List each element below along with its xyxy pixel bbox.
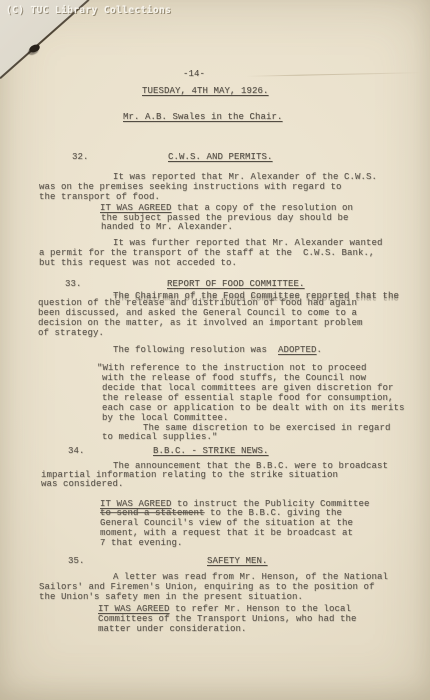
section-heading-text: SAFETY MEN.: [207, 556, 268, 566]
page-number: -14-: [183, 69, 205, 79]
text-line: IT WAS AGREED that a copy of the resolut…: [100, 203, 353, 213]
text-line: handed to Mr. Alexander.: [101, 222, 233, 232]
chair-heading-text: Mr. A.B. Swales in the Chair.: [123, 112, 283, 122]
text-line: but this request was not acceded to.: [39, 258, 237, 268]
text-line: question of the release and distribution…: [38, 298, 357, 308]
adopted-word: ADOPTED: [278, 345, 317, 355]
text-line: the release of essential staple food for…: [102, 393, 394, 403]
section-number: 34.: [68, 446, 85, 456]
text-line: The following resolution was ADOPTED.: [113, 345, 322, 355]
text-line: decision on the matter, as it involved a…: [38, 318, 363, 328]
section-heading: B.B.C. - STRIKE NEWS.: [153, 446, 269, 456]
text-line: "With reference to the instruction not t…: [97, 363, 367, 373]
text-line: IT WAS AGREED to refer Mr. Henson to the…: [98, 604, 351, 614]
agreed-rest: to refer Mr. Henson to the local: [170, 604, 352, 614]
text-line: to send a statement to the B.B.C. giving…: [100, 508, 342, 518]
text-line: Committees of the Transport Unions, who …: [98, 614, 357, 624]
copyright-watermark: (C) TUC Library Collections: [6, 5, 171, 16]
section-number: 32.: [72, 152, 89, 162]
section-number: 33.: [65, 279, 82, 289]
text-line: It was reported that Mr. Alexander of th…: [113, 172, 377, 182]
text-line: was on the premises seeking instructions…: [39, 182, 342, 192]
text-line: 7 that evening.: [100, 538, 183, 548]
overtyped-text: to send a statement: [100, 508, 205, 518]
section-heading: SAFETY MEN.: [207, 556, 268, 566]
section-heading: C.W.S. AND PERMITS.: [168, 152, 273, 162]
adopted-pre: The following resolution was: [113, 345, 278, 355]
section-heading: REPORT OF FOOD COMMITTEE.: [167, 279, 305, 289]
adopted-post: .: [317, 345, 323, 355]
text-line: of strategy.: [38, 328, 104, 338]
date-heading: TUESDAY, 4TH MAY, 1926.: [142, 86, 269, 96]
text-line: the Union's safety men in the present si…: [39, 592, 303, 602]
text-line: a permit for the transport of the staff …: [39, 248, 375, 258]
section-number: 35.: [68, 556, 85, 566]
text-line: moment, with a request that it be broadc…: [100, 528, 353, 538]
text-line: been discussed, and asked the General Co…: [38, 308, 357, 318]
text-line: with the release of food stuffs, the Cou…: [102, 373, 366, 383]
text-line: A letter was read from Mr. Henson, of th…: [113, 572, 388, 582]
scanned-minutes-page: (C) TUC Library Collections -14- TUESDAY…: [0, 0, 430, 700]
text-line: matter under consideration.: [98, 624, 247, 634]
agreed-phrase: IT WAS AGREED: [100, 203, 172, 213]
section-heading-text: B.B.C. - STRIKE NEWS.: [153, 446, 269, 456]
section-heading-text: REPORT OF FOOD COMMITTEE.: [167, 279, 305, 289]
text-line: to medical supplies.": [102, 432, 218, 442]
section-heading-text: C.W.S. AND PERMITS.: [168, 152, 273, 162]
text-line: each case or application to be dealt wit…: [102, 403, 405, 413]
text-line: decide that local committees are given d…: [102, 383, 394, 393]
text-line: General Council's view of the situation …: [100, 518, 353, 528]
chair-heading: Mr. A.B. Swales in the Chair.: [123, 112, 283, 122]
agreed-rest: that a copy of the resolution on: [172, 203, 354, 213]
text-line: It was further reported that Mr. Alexand…: [113, 238, 383, 248]
text-line: by the local Committee.: [102, 413, 229, 423]
date-heading-text: TUESDAY, 4TH MAY, 1926.: [142, 86, 269, 96]
agreed-rest: to the B.B.C. giving the: [205, 508, 343, 518]
text-line: the transport of food.: [39, 192, 160, 202]
agreed-phrase: IT WAS AGREED: [98, 604, 170, 614]
text-line: was considered.: [41, 479, 124, 489]
text-line: Sailors' and Firemen's Union, enquiring …: [39, 582, 375, 592]
paper-scratch: [246, 72, 422, 77]
